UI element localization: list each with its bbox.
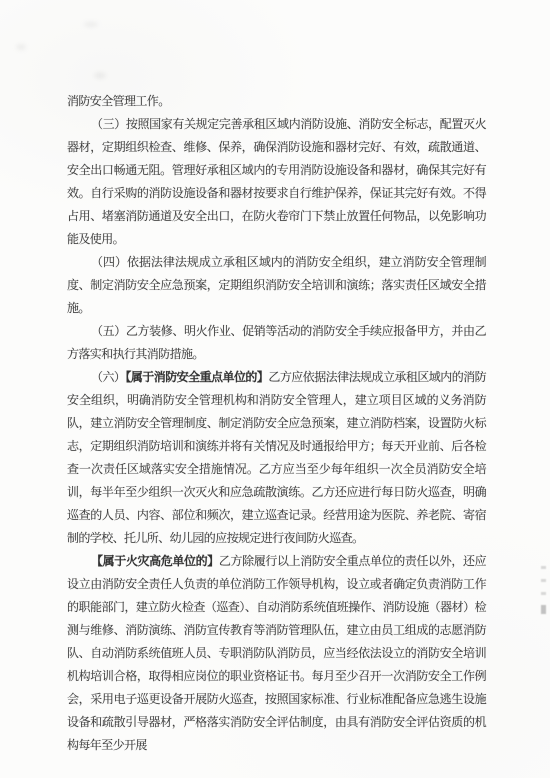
paragraph-text: 乙方除履行以上消防安全重点单位的责任以外，还应设立由消防安全责任人负责的单位消防… xyxy=(67,554,486,752)
scanned-page: 消防安全管理工作。 （三）按照国家有关规定完善承租区域内消防设施、消防安全标志，… xyxy=(0,0,550,778)
emphasis-bracket-label: 【属于消防安全重点单位的】 xyxy=(125,370,268,384)
scan-edge-tick xyxy=(541,605,546,614)
paragraph-text: （四）依据法律法规成立承租区域内的消防安全组织，建立消防安全管理制度、制定消防安… xyxy=(67,255,486,315)
document-body: 消防安全管理工作。 （三）按照国家有关规定完善承租区域内消防设施、消防安全标志，… xyxy=(67,90,486,757)
paragraph-text: （六） xyxy=(91,370,125,384)
scan-smudge xyxy=(94,72,106,79)
scan-edge-tick xyxy=(541,579,546,582)
clause-high-risk: 【属于火灾高危单位的】乙方除履行以上消防安全重点单位的责任以外，还应设立由消防安… xyxy=(67,550,486,757)
paragraph-text: （五）乙方装修、明火作业、促销等活动的消防安全手续应报备甲方，并由乙方落实和执行… xyxy=(67,324,486,361)
clause-6: （六）【属于消防安全重点单位的】乙方应依据法律法规成立承租区域内的消防安全组织，… xyxy=(67,366,486,550)
clause-5: （五）乙方装修、明火作业、促销等活动的消防安全手续应报备甲方，并由乙方落实和执行… xyxy=(67,320,486,366)
scan-edge-tick xyxy=(541,592,546,595)
scan-edge-tick xyxy=(541,566,546,569)
clause-3: （三）按照国家有关规定完善承租区域内消防设施、消防安全标志，配置灭火器材，定期组… xyxy=(67,113,486,251)
clause-4: （四）依据法律法规成立承租区域内的消防安全组织，建立消防安全管理制度、制定消防安… xyxy=(67,251,486,320)
paragraph-text: 乙方应依据法律法规成立承租区域内的消防安全组织，明确消防安全管理机构和消防安全管… xyxy=(67,370,486,545)
scan-smudge xyxy=(16,44,26,50)
paragraph-text: 消防安全管理工作。 xyxy=(67,94,170,108)
scan-edge-artifact xyxy=(539,566,547,614)
paragraph-text: （三）按照国家有关规定完善承租区域内消防设施、消防安全标志，配置灭火器材，定期组… xyxy=(67,117,486,246)
paragraph-continuation: 消防安全管理工作。 xyxy=(67,90,486,113)
emphasis-bracket-label: 【属于火灾高危单位的】 xyxy=(91,554,219,568)
scan-smudge xyxy=(84,22,98,27)
